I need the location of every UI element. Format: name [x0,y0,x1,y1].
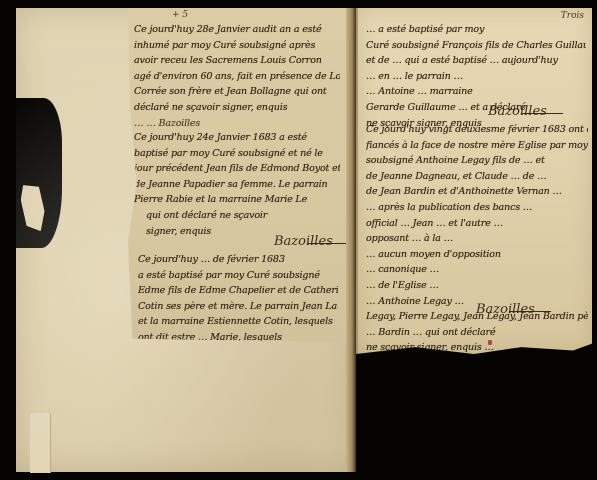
entry-line: … après la publication des bancs … [366,200,588,216]
entry-line: Ce jourd'huy 28e Janvier audit an a esté [134,22,340,38]
entry-line: … aucun moyen d'opposition [366,247,588,263]
top-marks: + 5 [172,10,188,20]
entry-line: … Antoine … marraine [366,84,586,100]
signature: Bazoilles [488,104,547,119]
entry-line: baptisé par moy Curé soubsigné et né le [134,146,340,162]
paper-fold [30,413,51,473]
entry-line: a esté baptisé par moy Curé soubsigné [138,268,338,284]
entry-line: Cotin ses père et mère. Le parrain Jean … [138,299,338,315]
entry-line: opposant … à la … [366,231,588,247]
folio-number: Trois [561,11,584,21]
entry-line: … en … le parrain … [366,69,586,85]
entry-line: avoir receu les Sacremens Louis Corron [134,53,340,69]
entry-line: … Bardin … qui ont déclaré [366,325,588,341]
entry-2: Ce jourd'huy vingt deuxiesme février 168… [366,122,588,356]
entry-line: Corrée son frère et Jean Bollagne qui on… [134,84,340,100]
entry-line: inhumé par moy Curé soubsigné après [134,38,340,54]
entry-line: Ce jourd'huy 24e Janvier 1683 a esté [134,130,340,146]
entry-line: agé d'environ 60 ans, fait en présence d… [134,69,340,85]
torn-paper-flap [19,183,47,234]
entry-1: Ce jourd'huy 28e Janvier audit an a esté… [134,22,340,131]
entry-line: … canonique … [366,262,588,278]
entry-1: … a esté baptisé par moy Curé soubsigné … [366,22,586,131]
entry-line: de Jeanne Papadier sa femme. Le parrain [134,177,340,193]
entry-line: Ce jourd'huy vingt deuxiesme février 168… [366,122,588,138]
right-page: Trois … a esté baptisé par moy Curé soub… [356,8,592,354]
entry-line: Curé soubsigné François fils de Charles … [366,38,586,54]
entry-line: et de … qui a esté baptisé … aujourd'huy [366,53,586,69]
photo-background: + 5 Ce jourd'huy 28e Janvier audit an a … [0,0,597,480]
entry-line: … … Bazoilles [134,116,340,132]
entry-line: soubsigné Anthoine Legay fils de … et [366,153,588,169]
entry-line: de Jean Bardin et d'Anthoinette Vernan … [366,184,588,200]
entry-line: … de l'Eglise … [366,278,588,294]
entry-line: fiancés à la face de nostre mère Eglise … [366,138,588,154]
entry-line: Edme fils de Edme Chapelier et de Cather… [138,283,338,299]
entry-line: jour précédent Jean fils de Edmond Boyot… [134,161,340,177]
entry-line: ne sçavoir signer, enquis … [366,340,588,356]
red-ink-mark [488,340,492,345]
left-page-entries: + 5 Ce jourd'huy 28e Janvier audit an a … [128,8,346,342]
entry-line: Pierre Rabie et la marraine Marie Le [134,192,340,208]
entry-line: … a esté baptisé par moy [366,22,586,38]
entry-line: qui ont déclaré ne sçavoir [134,208,340,224]
signature: Bazoilles [274,234,333,249]
torn-edge [16,98,62,248]
book-gutter [346,8,356,472]
entry-line: déclaré ne sçavoir signer, enquis [134,100,340,116]
entry-line: official … Jean … et l'autre … [366,216,588,232]
entry-line: Ce jourd'huy … de février 1683 [138,252,338,268]
signature: Bazoilles [476,302,535,317]
entry-line: de Jeanne Dagneau, et Claude … de … [366,169,588,185]
entry-line: et la marraine Estiennette Cotin, lesque… [138,314,338,330]
entry-2: Ce jourd'huy 24e Janvier 1683 a esté bap… [134,130,340,239]
